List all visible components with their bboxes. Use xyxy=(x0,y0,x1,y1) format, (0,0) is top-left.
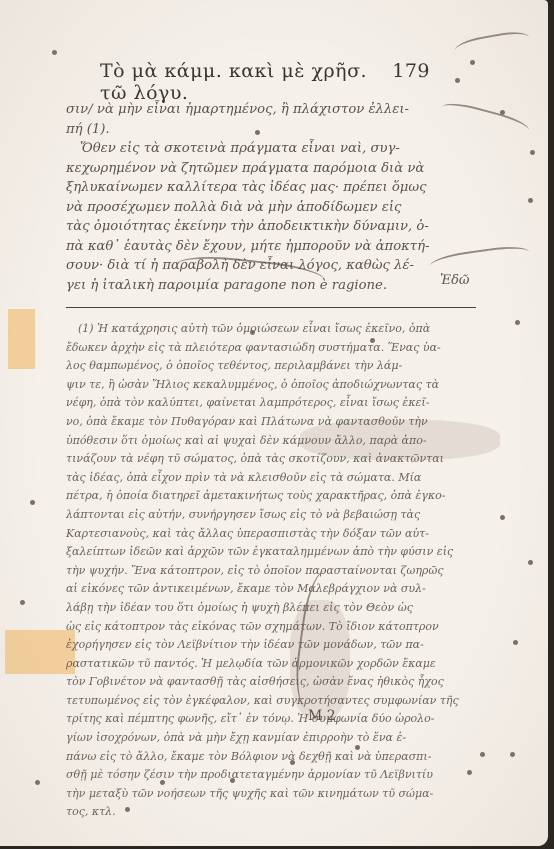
footnote-line: λος θαμπωμένος, ὁ ὁποῖος τεθέντος, περιλ… xyxy=(66,357,476,376)
wormhole-mark xyxy=(513,640,518,645)
footnote-line: τος, κτλ. xyxy=(66,803,476,822)
wormhole-mark xyxy=(20,600,25,605)
footnote-line: ψιν τε, ἢ ὡσὰν Ἥλιος κεκαλυμμένος, ὁ ὁπο… xyxy=(66,376,476,395)
wormhole-mark xyxy=(500,515,505,520)
tape-mark-lower xyxy=(5,630,75,674)
wormhole-mark xyxy=(500,110,505,115)
text-line: Ὅθεν εἰς τὰ σκοτεινὰ πράγματα εἶναι ναὶ,… xyxy=(66,139,476,159)
footnote-line: νέφη, ὁπὰ τὸν καλύπτει, φαίνεται λαμπρότ… xyxy=(66,394,476,413)
footnote-line: αἱ εἰκόνες τῶν ἀντικειμένων, ἔκαμε τὸν Μ… xyxy=(66,580,476,599)
wormhole-mark xyxy=(480,752,485,757)
footnote-line: ὡς εἰς κάτοπτρον τὰς εἰκόνας τῶν σχημάτω… xyxy=(66,618,476,637)
wormhole-mark xyxy=(52,50,57,55)
wormhole-mark xyxy=(510,752,515,757)
catchword: Ἐδῶ xyxy=(440,273,470,288)
main-text-body: σιν/ νὰ μὴν εἶναι ἠμαρτημένος, ἢ πλάχιστ… xyxy=(66,100,476,295)
wormhole-mark xyxy=(470,60,475,65)
wormhole-mark xyxy=(35,780,40,785)
scanned-book-page: Τὸ μὰ κάμμ. κακὶ μὲ χρῆσ. τῶ λόγυ. 179 σ… xyxy=(0,0,548,846)
footnote-line: τὸν Γοβινέτον νὰ φαντασθῇ τὰς αἰσθήσεις,… xyxy=(66,673,476,692)
text-line: πὰ καθ᾽ ἑαυτὰς δὲν ἔχουν, μήτε ἠμποροῦν … xyxy=(66,237,476,257)
running-head: Τὸ μὰ κάμμ. κακὶ μὲ χρῆσ. τῶ λόγυ. 179 xyxy=(100,60,430,104)
tape-mark-upper xyxy=(8,309,35,369)
footnote-line: (1) Ἡ κατάχρησις αὐτὴ τῶν ὁμοιώσεων εἶνα… xyxy=(66,320,476,339)
footnote-line: τὴν ψυχήν. Ἕνα κάτοπτρον, εἰς τὸ ὁποῖον … xyxy=(66,562,476,581)
footnote-line: Καρτεσιανοὺς, καὶ τὰς ἄλλας ὑπερασπιστὰς… xyxy=(66,525,476,544)
signature-mark: M 2 xyxy=(308,708,336,724)
footnote-line: ἔδωκεν ἀρχὴν εἰς τὰ πλειότερα φαντασιώδη… xyxy=(66,339,476,358)
footnote-line: σθῇ μὲ τόσην ζέσιν τὴν προδιατεταγμένην … xyxy=(66,766,476,785)
page-number: 179 xyxy=(392,60,430,104)
footnote-line: ἐχορήγησεν εἰς τὸν Λεϊβνίτιον τὴν ἰδέαν … xyxy=(66,636,476,655)
footnote-line: γίων ἰσοχρόνων, ὁπὰ νὰ μὴν ἔχῃ κανμίαν ἐ… xyxy=(66,729,476,748)
text-line: πή (1). xyxy=(66,120,476,140)
footnote-separator-rule xyxy=(66,307,476,308)
wormhole-mark xyxy=(515,320,520,325)
footnote-line: τετυπωμένος εἰς τὸν ἐγκέφαλον, καὶ συγκρ… xyxy=(66,692,476,711)
text-line: νὰ προσέχωμεν πολλὰ διὰ νὰ μὴν ἀποδίδωμε… xyxy=(66,198,476,218)
wormhole-mark xyxy=(528,198,533,203)
text-line: σιν/ νὰ μὴν εἶναι ἠμαρτημένος, ἢ πλάχιστ… xyxy=(66,100,476,120)
footnote-line: πέτρα, ἡ ὁποία διατηρεῖ ἀμετακινήτως τοὺ… xyxy=(66,487,476,506)
footnote-line: τρίτης καὶ πέμπτης φωνῆς, εἴτ᾽ ἐν τόνῳ. … xyxy=(66,710,476,729)
footnote-line: νο, ὁπὰ ἔκαμε τὸν Πυθαγόραν καὶ Πλάτωνα … xyxy=(66,413,476,432)
footnote-line: λάπτονται εἰς αὐτήν, συνήργησεν ἴσως εἰς… xyxy=(66,506,476,525)
wormhole-mark xyxy=(528,560,533,565)
footnote-line: ξαλείπτων ἰδεῶν καὶ ἀρχῶν τῶν ἐγκαταλημμ… xyxy=(66,543,476,562)
paper-tear xyxy=(454,29,532,64)
text-line: κεχωρημένον νὰ ζητῶμεν πράγματα παρόμοια… xyxy=(66,159,476,179)
footnote-line: τινάζουν τὰ νέφη τῦ σώματος, ὁπὰ τὰς σκο… xyxy=(66,450,476,469)
footnote-line: πάνω εἰς τὸ ἄλλο, ἔκαμε τὸν Βόλφιον νὰ δ… xyxy=(66,748,476,767)
footnote-body: (1) Ἡ κατάχρησις αὐτὴ τῶν ὁμοιώσεων εἶνα… xyxy=(66,320,476,822)
text-line: τὰς ὁμοιότητας ἐκείνην τὴν ἀποδεικτικὴν … xyxy=(66,217,476,237)
wormhole-mark xyxy=(455,78,460,83)
wormhole-mark xyxy=(530,150,535,155)
footnote-line: τὴν μεταξὺ τῶν νοήσεων τῆς ψυχῆς καὶ τῶν… xyxy=(66,785,476,804)
footnote-line: ραστατικῶν τῦ παντός. Ἡ μελῳδία τῶν ἁρμο… xyxy=(66,655,476,674)
wormhole-mark xyxy=(30,500,35,505)
text-line: γει ἡ ἰταλικὴ παροιμία paragone non è ra… xyxy=(66,276,476,296)
footnote-line: λάβῃ τὴν ἰδέαν του ὅτι ὁμοίως ἡ ψυχὴ βλέ… xyxy=(66,599,476,618)
footnote-line: τὰς ἰδέας, ὁπὰ εἶχον πρὶν τὰ νὰ κλεισθοῦ… xyxy=(66,469,476,488)
text-line: ξηλυκαίνωμεν καλλίτερα τὰς ἰδέας μας· πρ… xyxy=(66,178,476,198)
running-head-title: Τὸ μὰ κάμμ. κακὶ μὲ χρῆσ. τῶ λόγυ. xyxy=(100,60,392,104)
text-line: σουν· διὰ τί ἡ παραβολὴ δὲν εἶναι λόγος,… xyxy=(66,256,476,276)
footnote-line: ὑπόθεσιν ὅτι ὁμοίως καὶ αἱ ψυχαὶ δὲν κάμ… xyxy=(66,432,476,451)
